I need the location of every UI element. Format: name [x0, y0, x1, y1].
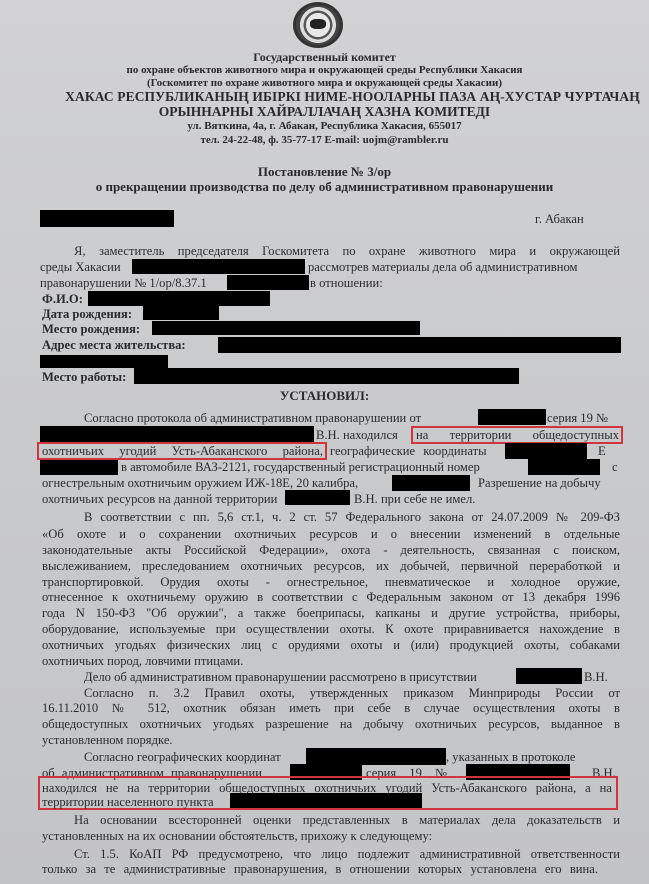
- coat-of-arms-emblem-icon: [293, 2, 343, 48]
- p1-line-2a: В.Н. находился: [316, 428, 398, 443]
- p1-line-6a: охотничьих ресурсов на данной территории: [42, 492, 277, 507]
- redacted-weapon-number: [392, 475, 470, 491]
- redacted-coordinates-2: [40, 460, 118, 475]
- redacted-case-date: [227, 275, 309, 290]
- redacted-surname-2: [516, 668, 582, 684]
- header-line-khakas-1: ХАКАС РЕСПУБЛИКАНЫҢ ИБIРКI НИМЕ-НООЛАРНЫ…: [28, 89, 649, 105]
- redacted-official-name: [132, 259, 305, 274]
- redacted-surname-1: [285, 490, 350, 505]
- header-contacts: тел. 24-22-48, ф. 35-77-17 E-mail: uojm@…: [0, 134, 649, 146]
- field-workplace-label: Место работы:: [42, 370, 126, 385]
- p2-line-10: охотничьих пород, ловчими птицами.: [42, 654, 243, 669]
- p1-line-5a: огнестрельным охотничьим оружием ИЖ-18Е,…: [42, 476, 358, 491]
- redacted-coordinates-3: [306, 748, 446, 765]
- header-line-khakas-2: ОРЫННАРНЫ ХАЙРАЛЛАЧАҢ ХАЗНА КОМИТЕДI: [0, 104, 649, 120]
- redacted-date: [40, 210, 174, 227]
- p1-highlight-text-2: охотничьих угодий Усть-Абаканского район…: [42, 444, 323, 459]
- p2-line-3: законодательные акты Российской Федераци…: [42, 543, 620, 558]
- redacted-address-1: [218, 337, 621, 353]
- document-city: г. Абакан: [535, 212, 584, 227]
- p2-line-2: «Об охоте и о сохранении охотничьих ресу…: [42, 527, 620, 542]
- p4-line-1: Согласно п. 3.2 Правил охоты, утвержденн…: [84, 686, 620, 701]
- p1-line-5b: Разрешение на добычу: [478, 476, 601, 491]
- p2-line-9: охотничьих угодьях физических лиц с оруд…: [42, 638, 620, 653]
- p2-line-5: транспортировкой. Орудия охоты - огнестр…: [42, 575, 620, 590]
- p1-line-3c: E: [598, 444, 606, 459]
- p1-line-6b: В.Н. при себе не имел.: [354, 492, 475, 507]
- scanned-document-page: Государственный комитет по охране объект…: [0, 0, 649, 884]
- redacted-plate-number: [528, 459, 600, 475]
- p1-line-1a: Согласно протокола об административном п…: [84, 411, 421, 426]
- p1-line-1b: серия 19 №: [547, 411, 608, 426]
- header-line-1: Государственный комитет: [0, 50, 649, 65]
- field-fio-label: Ф.И.О:: [42, 292, 83, 307]
- field-birth-place-label: Место рождения:: [42, 322, 140, 337]
- p2-line-1: В соответствии с пп. 5,6 ст.1, ч. 2 ст. …: [84, 510, 620, 525]
- redacted-birth-place: [152, 321, 420, 335]
- p3-line-b: В.Н.: [584, 670, 608, 685]
- field-address-label: Адрес места жительства:: [42, 338, 186, 353]
- document-title: Постановление № 3/ор: [0, 164, 649, 180]
- redacted-coordinates-1: [505, 443, 587, 459]
- p1-line-4a: в автомобиле ВАЗ-2121, государственный р…: [121, 460, 480, 475]
- header-line-3: (Госкомитет по охране животного мира и о…: [0, 77, 649, 89]
- p4-line-4: установленном порядке.: [42, 733, 173, 748]
- intro-line-1: Я, заместитель председателя Госкомитета …: [74, 244, 620, 259]
- intro-line-2a: среды Хакасии: [40, 260, 121, 275]
- p4-line-3: общедоступных охотничьих угодьях разреше…: [42, 717, 620, 732]
- redacted-protocol-number-name: [40, 426, 314, 442]
- established-heading: УСТАНОВИЛ:: [0, 388, 649, 404]
- p2-line-7: года N 150-ФЗ "Об оружии", а также боепр…: [42, 606, 620, 621]
- p3-line-a: Дело об административном правонарушении …: [84, 670, 477, 685]
- redacted-address-2: [40, 355, 168, 368]
- header-line-2: по охране объектов животного мира и окру…: [0, 64, 649, 76]
- p5-line-1b: , указанных в протоколе: [446, 750, 575, 765]
- redacted-workplace: [134, 368, 519, 384]
- p5-highlight-line-2: территории населенного пункта: [42, 795, 214, 810]
- p6-line-2: установленных на их основании обстоятель…: [42, 829, 432, 844]
- intro-line-2b: рассмотрев материалы дела об администрат…: [308, 260, 578, 275]
- redacted-fio: [88, 291, 270, 306]
- intro-line-3b: в отношении:: [310, 276, 383, 291]
- document-subtitle: о прекращении производства по делу об ад…: [0, 179, 649, 195]
- redacted-settlement-name: [230, 793, 422, 808]
- intro-line-3a: правонарушении № 1/ор/8.37.1: [40, 276, 207, 291]
- p1-line-3b: географические координаты: [330, 444, 487, 459]
- field-birth-date-label: Дата рождения:: [42, 307, 132, 322]
- p2-line-8: оборудование, используемые при осуществл…: [42, 622, 620, 637]
- p7-line-1: Ст. 1.5. КоАП РФ предусмотрено, что лицо…: [74, 847, 620, 862]
- p7-line-2: только за те административные правонаруш…: [42, 862, 598, 877]
- p1-line-4b: с: [612, 460, 618, 475]
- p5-line-1a: Согласно географических координат: [84, 750, 281, 765]
- p4-line-2: 16.11.2010 № 512, охотник обязан иметь п…: [42, 701, 620, 716]
- redacted-birth-date: [143, 306, 219, 320]
- header-address: ул. Вяткина, 4а, г. Абакан, Республика Х…: [0, 120, 649, 132]
- p2-line-6: отнесенное к охотничьему оружию в соотве…: [42, 590, 620, 605]
- p2-line-4: выслеживанием, преследованием охотничьих…: [42, 559, 620, 574]
- p6-line-1: На основании всесторонней оценки предста…: [74, 813, 620, 828]
- p1-highlight-text-1: на территории общедоступных: [416, 428, 619, 443]
- redacted-protocol-date: [478, 409, 546, 425]
